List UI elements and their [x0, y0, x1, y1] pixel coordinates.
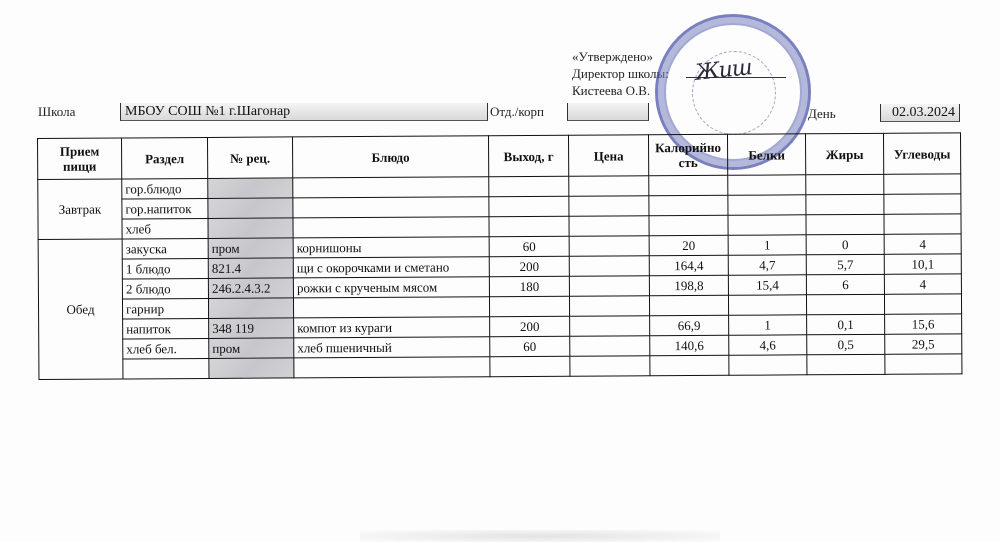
- fat-cell: [806, 214, 884, 234]
- carbs-cell: [884, 174, 961, 194]
- section-cell: гарнир: [122, 298, 208, 319]
- recipe-cell: [208, 218, 293, 239]
- price-cell: [570, 316, 650, 336]
- yield-cell: 60: [489, 236, 569, 256]
- carbs-cell: 29,5: [885, 334, 962, 354]
- calories-cell: 198,8: [649, 275, 728, 295]
- calories-cell: [649, 175, 728, 195]
- fat-cell: 0,5: [807, 334, 885, 354]
- protein-cell: 4,7: [728, 255, 806, 275]
- dept-field: [567, 103, 649, 121]
- yield-cell: [489, 176, 569, 196]
- col-header-protein: Белки: [727, 134, 805, 175]
- col-header-carbs: Углеводы: [883, 133, 960, 174]
- dish-cell: [293, 197, 489, 218]
- price-cell: [569, 296, 649, 316]
- recipe-cell: [208, 298, 293, 319]
- fat-cell: [806, 174, 884, 194]
- col-header-dish: Блюдо: [292, 136, 488, 178]
- calories-cell: [649, 195, 728, 215]
- col-header-fat: Жиры: [805, 133, 883, 174]
- recipe-cell: [209, 358, 294, 379]
- price-cell: [569, 236, 649, 256]
- fat-cell: [806, 194, 884, 214]
- price-cell: [569, 256, 649, 276]
- day-label: День: [808, 106, 836, 122]
- menu-table: Прием пищи Раздел № рец. Блюдо Выход, г …: [37, 132, 962, 380]
- section-cell: 1 блюдо: [122, 258, 208, 279]
- protein-cell: 4,6: [729, 335, 807, 355]
- calories-cell: 20: [649, 235, 728, 255]
- protein-cell: 15,4: [728, 275, 806, 295]
- dish-cell: компот из кураги: [294, 317, 490, 338]
- yield-cell: [490, 356, 570, 376]
- price-cell: [569, 196, 649, 216]
- carbs-cell: 10,1: [884, 254, 961, 274]
- dish-cell: хлеб пшеничный: [294, 337, 490, 358]
- dish-cell: [293, 217, 489, 238]
- section-cell: хлеб бел.: [123, 338, 209, 359]
- approval-position: Директор школы:: [572, 65, 669, 82]
- price-cell: [570, 356, 650, 376]
- meal-name-cell: Обед: [38, 239, 123, 380]
- recipe-cell: пром: [209, 338, 294, 359]
- protein-cell: [728, 195, 806, 215]
- section-cell: закуска: [122, 238, 208, 259]
- section-cell: [123, 358, 209, 379]
- recipe-cell: [208, 178, 293, 199]
- col-header-yield: Выход, г: [488, 135, 568, 176]
- protein-cell: [728, 215, 806, 235]
- recipe-cell: [208, 198, 293, 219]
- fat-cell: 5,7: [806, 254, 884, 274]
- calories-cell: [649, 295, 728, 315]
- protein-cell: [728, 295, 806, 315]
- calories-cell: 140,6: [650, 335, 729, 355]
- fat-cell: [806, 294, 884, 314]
- yield-cell: 200: [489, 256, 569, 276]
- col-header-calories: Калорийность: [648, 134, 727, 175]
- school-label: Школа: [38, 104, 75, 120]
- col-header-recipe: № рец.: [207, 137, 292, 179]
- price-cell: [569, 216, 649, 236]
- day-field: 02.03.2024: [880, 104, 960, 122]
- yield-cell: [489, 196, 569, 216]
- table-header-row: Прием пищи Раздел № рец. Блюдо Выход, г …: [38, 133, 961, 180]
- yield-cell: 60: [490, 336, 570, 356]
- yield-cell: [489, 216, 569, 236]
- carbs-cell: 15,6: [885, 314, 962, 334]
- fat-cell: 0: [806, 234, 884, 254]
- approval-title: «Утверждено»: [572, 48, 669, 65]
- section-cell: хлеб: [122, 218, 208, 239]
- dish-cell: [293, 177, 489, 198]
- carbs-cell: [884, 214, 961, 234]
- table-row: [39, 354, 962, 380]
- section-cell: напиток: [123, 318, 209, 339]
- dish-cell: [293, 297, 489, 318]
- dish-cell: щи с окорочками и сметано: [293, 257, 489, 278]
- meal-name-cell: Завтрак: [38, 179, 122, 240]
- protein-cell: [728, 175, 806, 195]
- calories-cell: [649, 215, 728, 235]
- section-cell: 2 блюдо: [122, 278, 208, 299]
- protein-cell: 1: [728, 235, 806, 255]
- price-cell: [570, 336, 650, 356]
- calories-cell: 164,4: [649, 255, 728, 275]
- fat-cell: [807, 354, 885, 374]
- section-cell: гор.блюдо: [122, 178, 208, 199]
- yield-cell: 200: [490, 316, 570, 336]
- carbs-cell: [885, 354, 962, 374]
- section-cell: гор.напиток: [122, 198, 208, 219]
- recipe-cell: 821.4: [208, 258, 293, 279]
- col-header-meal: Прием пищи: [38, 138, 122, 180]
- col-header-section: Раздел: [122, 137, 208, 179]
- dish-cell: рожки с крученым мясом: [293, 277, 489, 298]
- carbs-cell: 4: [884, 274, 961, 294]
- carbs-cell: 4: [884, 234, 961, 254]
- price-cell: [569, 276, 649, 296]
- protein-cell: [729, 355, 807, 375]
- carbs-cell: [884, 194, 961, 214]
- calories-cell: [650, 355, 729, 375]
- yield-cell: [489, 296, 569, 316]
- recipe-cell: 348 119: [209, 318, 294, 339]
- carbs-cell: [884, 294, 961, 314]
- dept-label: Отд./корп: [490, 104, 544, 120]
- scan-shadow: [360, 530, 720, 542]
- fat-cell: 0,1: [807, 314, 885, 334]
- price-cell: [569, 176, 649, 196]
- school-field: МБОУ СОШ №1 г.Шагонар: [120, 103, 488, 121]
- fat-cell: 6: [806, 274, 884, 294]
- dish-cell: [294, 357, 490, 378]
- dish-cell: корнишоны: [293, 237, 489, 258]
- recipe-cell: пром: [208, 238, 293, 259]
- col-header-price: Цена: [568, 135, 648, 176]
- calories-cell: 66,9: [650, 315, 729, 335]
- yield-cell: 180: [489, 276, 569, 296]
- recipe-cell: 246.2.4.3.2: [208, 278, 293, 299]
- protein-cell: 1: [729, 315, 807, 335]
